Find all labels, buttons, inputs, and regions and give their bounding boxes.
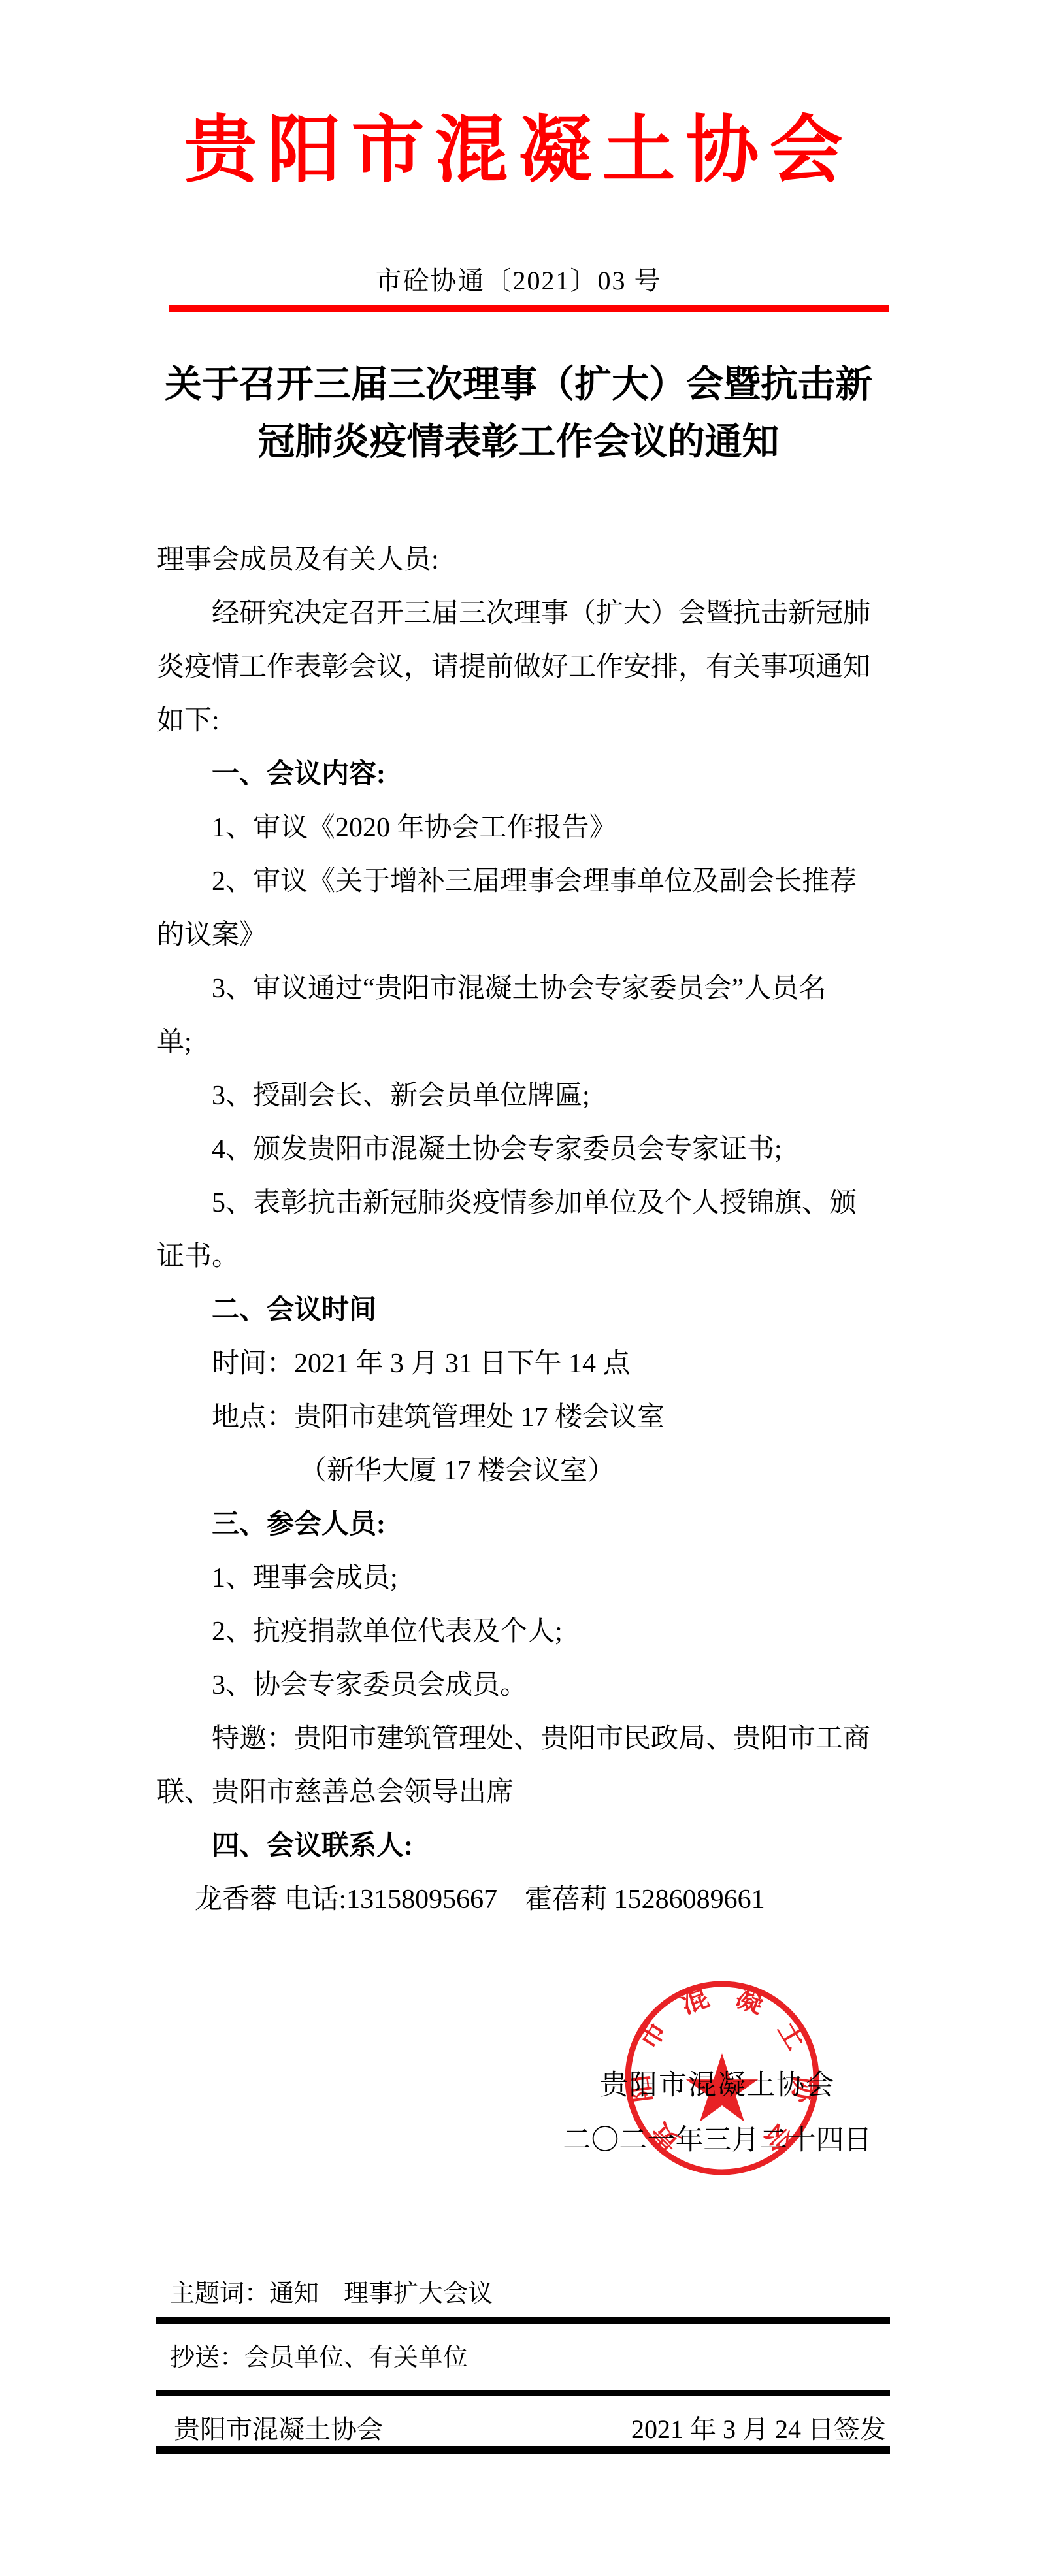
doc-number: 市砼协通〔2021〕03 号 xyxy=(0,260,1037,297)
body-line: 时间：2021 年 3 月 31 日下午 14 点 xyxy=(0,1337,1037,1391)
body-line: 3、授副会长、新会员单位牌匾; xyxy=(0,1069,1037,1123)
body-line: 如下: xyxy=(0,694,1037,748)
notice-title-line-2: 冠肺炎疫情表彰工作会议的通知 xyxy=(0,414,1037,471)
body-line: 1、审议《2020 年协会工作报告》 xyxy=(0,801,1037,855)
footer-divider-3 xyxy=(156,2446,890,2454)
signature-block: 贵阳市混凝土协会 二〇二一年三月二十四日 xyxy=(559,2058,876,2168)
notice-title-line-1: 关于召开三届三次理事（扩大）会暨抗击新 xyxy=(0,356,1037,414)
body-line: 2、抗疫捐款单位代表及个人; xyxy=(0,1605,1037,1659)
signature-org: 贵阳市混凝土协会 xyxy=(559,2058,876,2113)
body-line: 经研究决定召开三届三次理事（扩大）会暨抗击新冠肺 xyxy=(0,587,1037,640)
section-heading: 四、会议联系人: xyxy=(0,1819,1037,1873)
section-heading: 三、参会人员: xyxy=(0,1498,1037,1551)
body-line: 理事会成员及有关人员: xyxy=(0,533,1037,587)
body-line: 3、协会专家委员会成员。 xyxy=(0,1659,1037,1712)
body-line: 炎疫情工作表彰会议，请提前做好工作安排，有关事项通知 xyxy=(0,640,1037,694)
signature-date: 二〇二一年三月二十四日 xyxy=(559,2113,876,2168)
body-line: 特邀：贵阳市建筑管理处、贵阳市民政局、贵阳市工商 xyxy=(0,1712,1037,1766)
footer-cc-row: 抄送：会员单位、有关单位 xyxy=(156,2337,890,2373)
body-line: 1、理事会成员; xyxy=(0,1551,1037,1605)
footer-divider-2 xyxy=(156,2390,890,2396)
body-line: 5、表彰抗击新冠肺炎疫情参加单位及个人授锦旗、颁 xyxy=(0,1176,1037,1230)
body-line: （新华大厦 17 楼会议室） xyxy=(0,1444,1037,1498)
notice-title: 关于召开三届三次理事（扩大）会暨抗击新 冠肺炎疫情表彰工作会议的通知 xyxy=(0,356,1037,471)
footer-divider-1 xyxy=(156,2317,890,2324)
body-line: 2、审议《关于增补三届理事会理事单位及副会长推荐 xyxy=(0,855,1037,908)
contact-line: 龙香蓉 电话:13158095667 霍蓓莉 15286089661 xyxy=(0,1873,1037,1926)
body-line: 4、颁发贵阳市混凝土协会专家委员会专家证书; xyxy=(0,1123,1037,1176)
footer-issuer: 贵阳市混凝土协会 xyxy=(174,2409,383,2446)
footer-issue-date: 2021 年 3 月 24 日签发 xyxy=(631,2409,886,2446)
org-title: 贵阳市混凝土协会 xyxy=(0,91,1037,197)
section-heading: 二、会议时间 xyxy=(0,1283,1037,1337)
body-line: 单; xyxy=(0,1016,1037,1069)
body-line: 联、贵阳市慈善总会领导出席 xyxy=(0,1766,1037,1819)
document-page: 贵阳市混凝土协会 市砼协通〔2021〕03 号 关于召开三届三次理事（扩大）会暨… xyxy=(0,0,1037,2576)
red-separator-line xyxy=(169,305,889,312)
footer-issue-row: 贵阳市混凝土协会 2021 年 3 月 24 日签发 xyxy=(156,2409,890,2446)
footer-subject-row: 主题词：通知 理事扩大会议 xyxy=(156,2273,890,2309)
body-text: 理事会成员及有关人员: 经研究决定召开三届三次理事（扩大）会暨抗击新冠肺 炎疫情… xyxy=(0,533,1037,1926)
body-line: 3、审议通过“贵阳市混凝土协会专家委员会”人员名 xyxy=(0,962,1037,1016)
section-heading: 一、会议内容: xyxy=(0,748,1037,801)
body-line: 地点：贵阳市建筑管理处 17 楼会议室 xyxy=(0,1391,1037,1444)
body-line: 的议案》 xyxy=(0,908,1037,962)
body-line: 证书。 xyxy=(0,1230,1037,1283)
